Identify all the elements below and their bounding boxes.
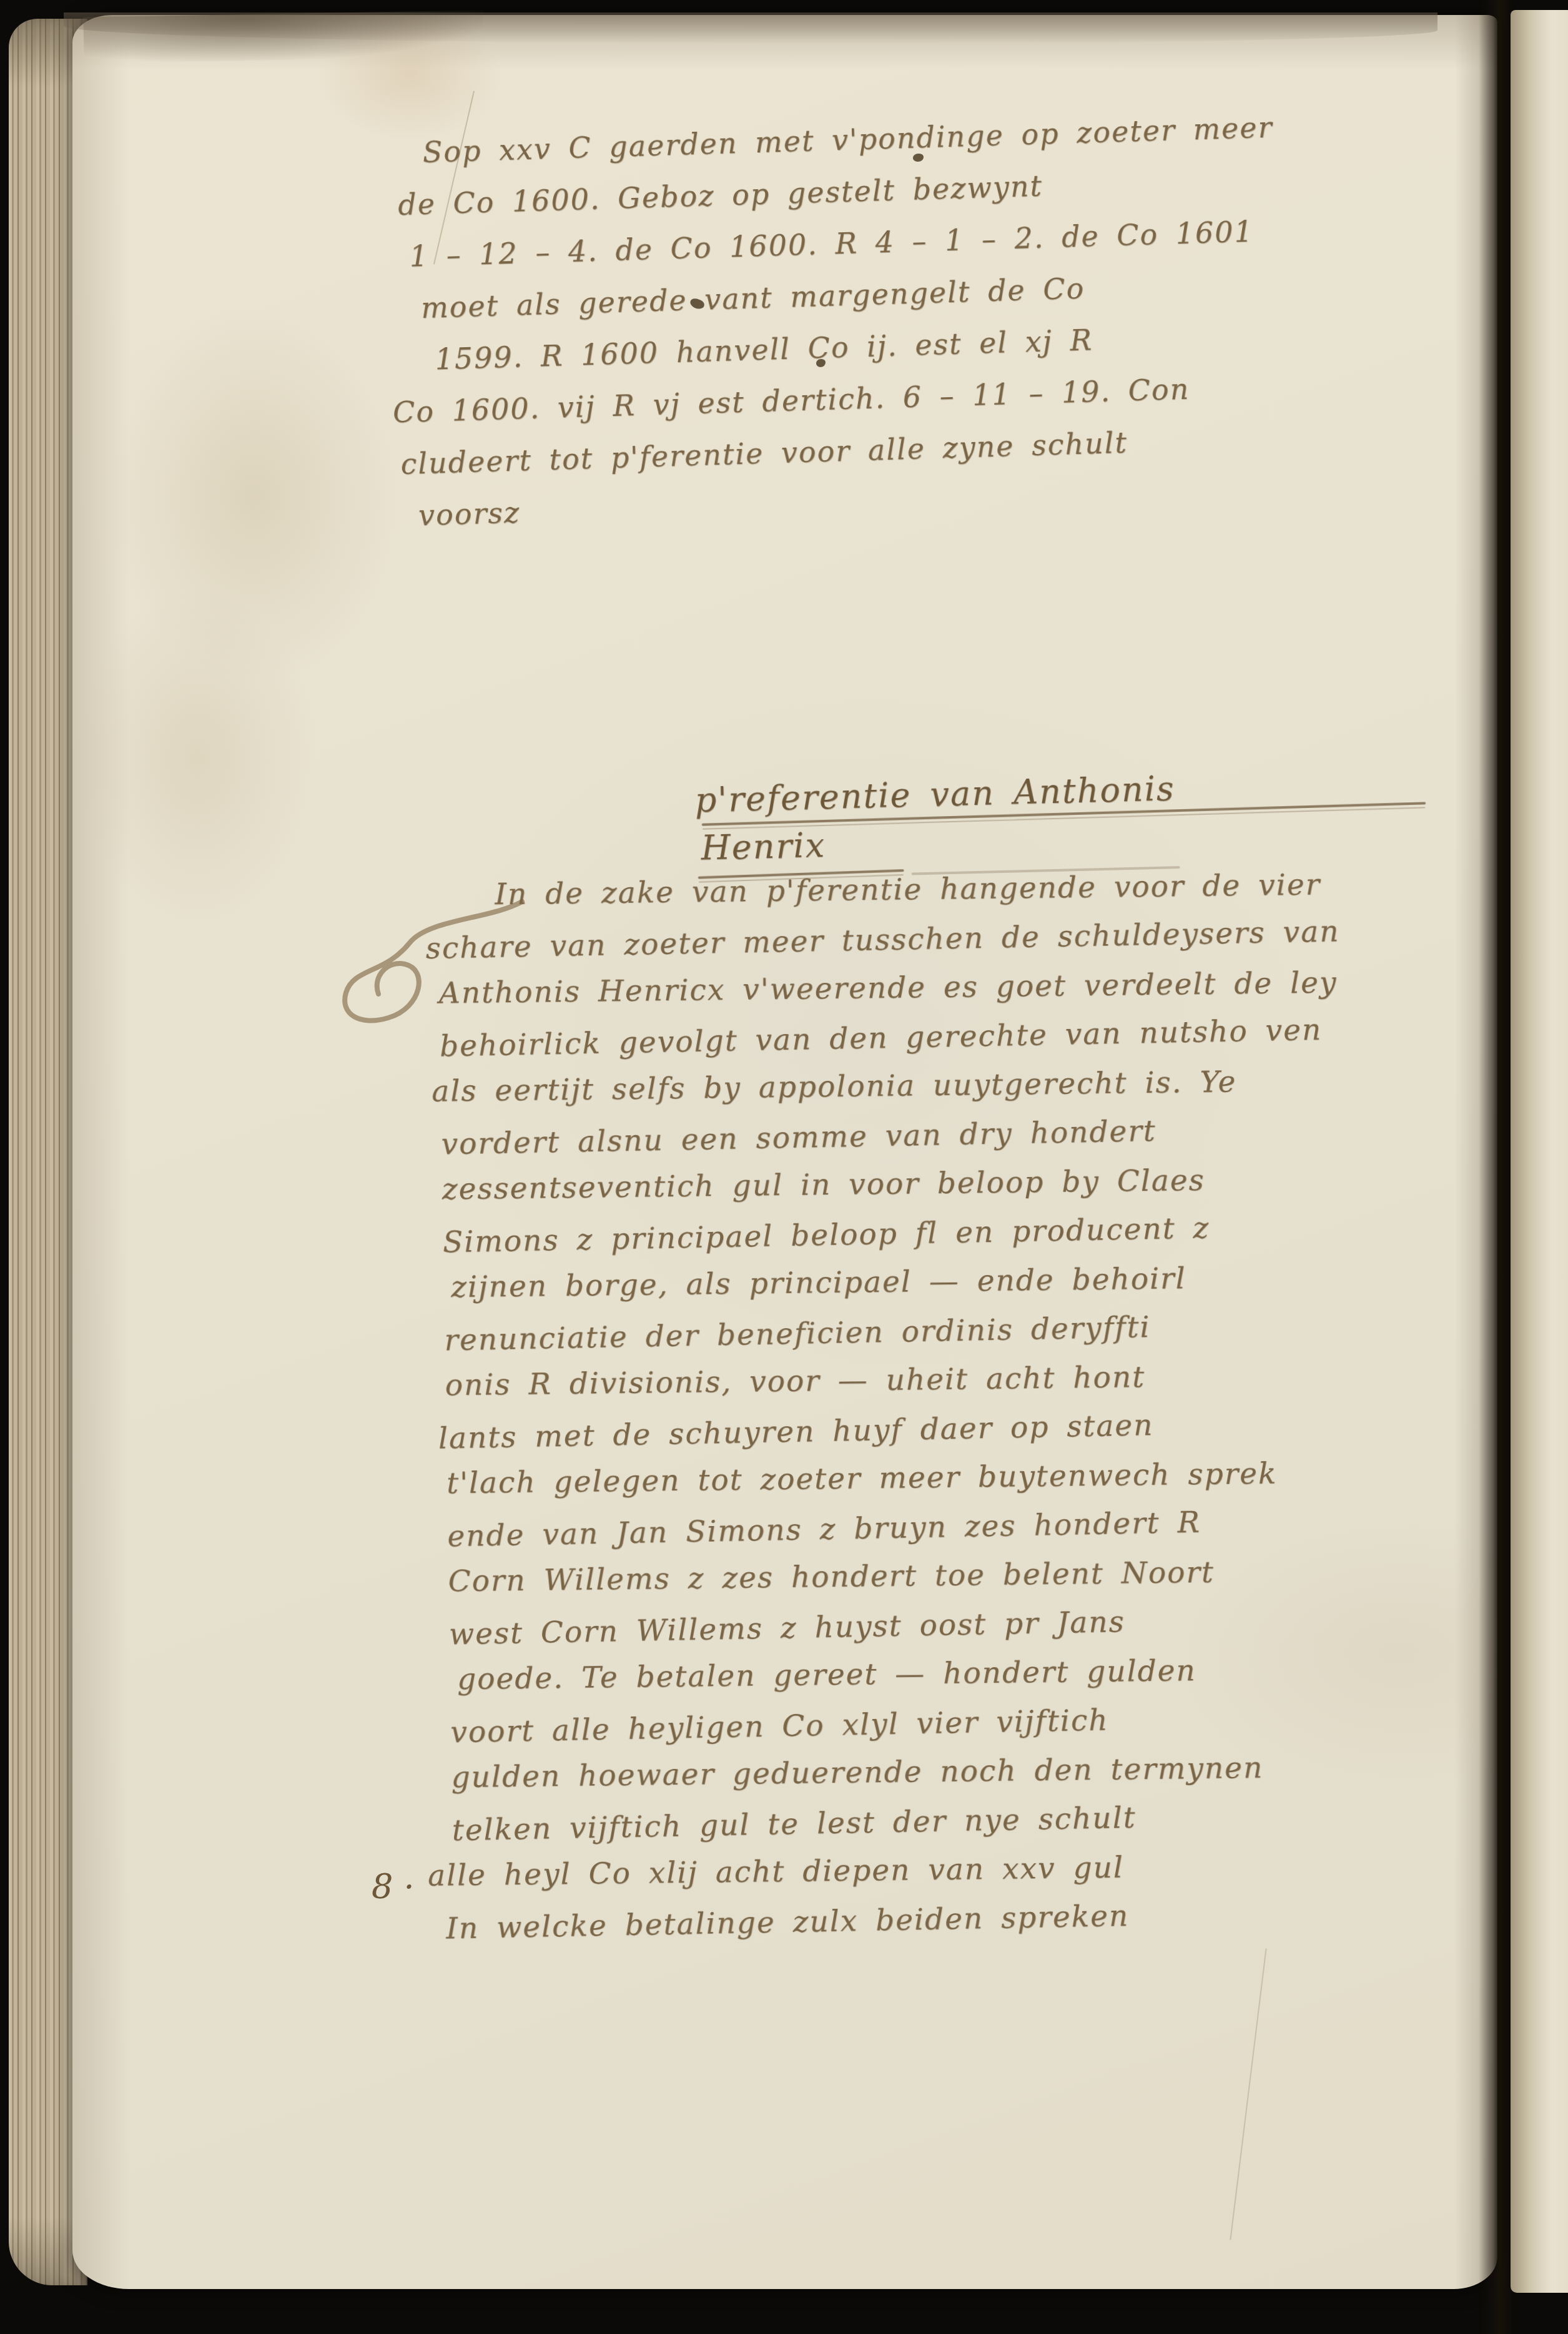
book-page-block: Sop xxv C gaerden met v'pondinge op zoet… <box>9 15 1497 2289</box>
adjacent-page-edge <box>1511 10 1568 2293</box>
top-account-annotation: Sop xxv C gaerden met v'pondinge op zoet… <box>400 104 1511 551</box>
scanned-manuscript-photo: Sop xxv C gaerden met v'pondinge op zoet… <box>0 0 1568 2334</box>
top-left-grime <box>83 10 483 63</box>
body-text-block: In de zake van p'ferentie hangende voor … <box>350 864 1528 1960</box>
margin-mark: 8 · <box>372 1867 415 1906</box>
heading-line: p'referentie van Anthonis <box>694 761 1507 820</box>
book-gutter-shadow <box>1479 0 1512 2334</box>
manuscript-page: Sop xxv C gaerden met v'pondinge op zoet… <box>72 15 1497 2289</box>
pen-hairline-stroke <box>1230 1949 1266 2240</box>
heading-line: Henrix <box>701 809 1508 868</box>
section-heading: p'referentie van Anthonis Henrix <box>694 761 1508 868</box>
